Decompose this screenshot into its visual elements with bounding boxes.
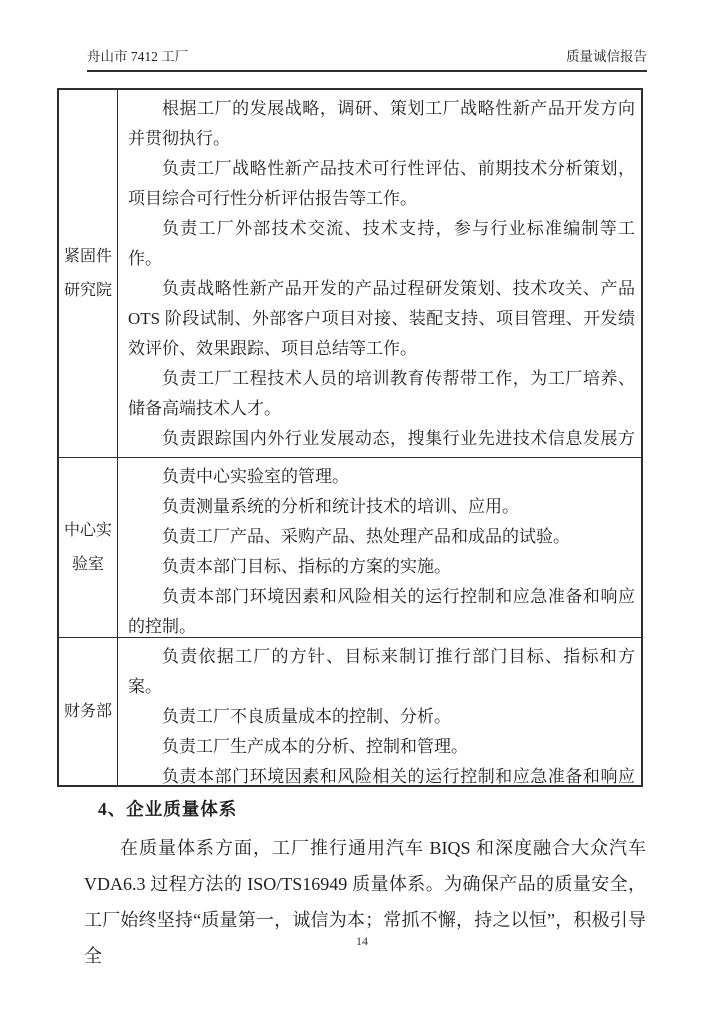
table-row-central-laboratory: 中心实验室 负责中心实验室的管理。 负责测量系统的分析和统计技术的培训、应用。 …: [59, 457, 641, 637]
duties-cell: 负责中心实验室的管理。 负责测量系统的分析和统计技术的培训、应用。 负责工厂产品…: [118, 458, 641, 637]
duty-paragraph: 负责跟踪国内外行业发展动态，搜集行业先进技术信息发展方向，推动工厂新材料、新工艺…: [128, 424, 635, 457]
body-paragraph: 在质量体系方面，工厂推行通用汽车 BIQS 和深度融合大众汽车 VDA6.3 过…: [84, 830, 646, 974]
duty-paragraph: 负责本部门目标、指标的方案的实施。: [128, 552, 635, 582]
responsibility-table: 紧固件研究院 根据工厂的发展战略，调研、策划工厂战略性新产品开发方向并贯彻执行。…: [57, 88, 643, 787]
department-cell: 财务部: [59, 638, 118, 785]
section-heading: 4、企业质量体系: [98, 797, 237, 821]
duty-paragraph: 负责工厂生产成本的分析、控制和管理。: [128, 732, 635, 762]
duty-paragraph: 负责本部门环境因素和风险相关的运行控制和应急准备和响应的控制。: [128, 582, 635, 637]
header-right-title: 质量诚信报告: [566, 48, 647, 65]
duty-paragraph: 负责中心实验室的管理。: [128, 462, 635, 492]
duty-paragraph: 负责工厂不良质量成本的控制、分析。: [128, 702, 635, 732]
duties-cell: 根据工厂的发展战略，调研、策划工厂战略性新产品开发方向并贯彻执行。 负责工厂战略…: [118, 90, 641, 457]
duty-paragraph: 负责本部门环境因素和风险相关的运行控制和应急准备和响应的控制。: [128, 762, 635, 785]
page-number: 14: [0, 934, 724, 949]
duty-paragraph: 负责工厂工程技术人员的培训教育传帮带工作，为工厂培养、储备高端技术人才。: [128, 364, 635, 424]
table-row-finance-department: 财务部 负责依据工厂的方针、目标来制订推行部门目标、指标和方案。 负责工厂不良质…: [59, 637, 641, 785]
department-cell: 紧固件研究院: [59, 90, 118, 457]
duty-paragraph: 根据工厂的发展战略，调研、策划工厂战略性新产品开发方向并贯彻执行。: [128, 94, 635, 154]
document-page: 舟山市 7412 工厂 质量诚信报告 紧固件研究院 根据工厂的发展战略，调研、策…: [0, 0, 724, 1024]
duty-paragraph: 负责测量系统的分析和统计技术的培训、应用。: [128, 492, 635, 522]
header-left-title: 舟山市 7412 工厂: [87, 48, 188, 65]
duty-paragraph: 负责工厂战略性新产品技术可行性评估、前期技术分析策划，项目综合可行性分析评估报告…: [128, 154, 635, 214]
duty-paragraph: 负责工厂产品、采购产品、热处理产品和成品的试验。: [128, 522, 635, 552]
page-header: 舟山市 7412 工厂 质量诚信报告: [87, 48, 647, 72]
duty-paragraph: 负责依据工厂的方针、目标来制订推行部门目标、指标和方案。: [128, 642, 635, 702]
duties-cell: 负责依据工厂的方针、目标来制订推行部门目标、指标和方案。 负责工厂不良质量成本的…: [118, 638, 641, 785]
table-row-fastener-research-institute: 紧固件研究院 根据工厂的发展战略，调研、策划工厂战略性新产品开发方向并贯彻执行。…: [59, 90, 641, 457]
duty-paragraph: 负责工厂外部技术交流、技术支持，参与行业标准编制等工作。: [128, 214, 635, 274]
department-cell: 中心实验室: [59, 458, 118, 637]
duty-paragraph: 负责战略性新产品开发的产品过程研发策划、技术攻关、产品 OTS 阶段试制、外部客…: [128, 274, 635, 364]
